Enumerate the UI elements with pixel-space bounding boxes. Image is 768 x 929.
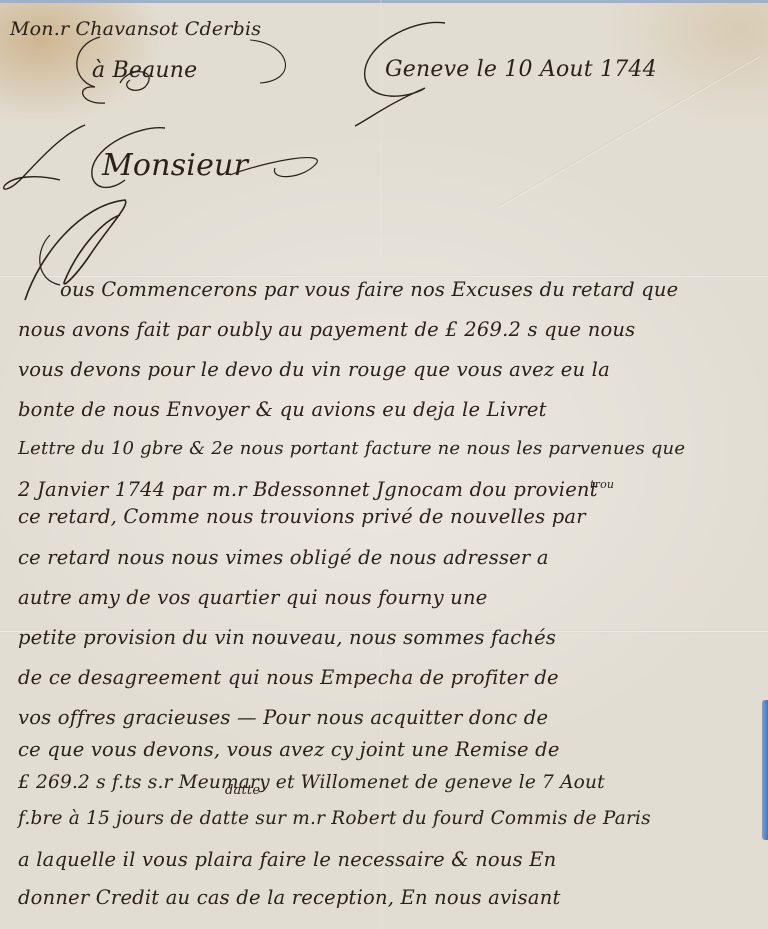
body-line-11: de ce desagreement qui nous Empecha de p… <box>18 666 559 689</box>
scan-top-edge <box>0 0 768 3</box>
body-line-5: Lettre du 10 gbre & 2e nous portant fact… <box>18 438 685 459</box>
body-line-15: f.bre à 15 jours de datte sur m.r Robert… <box>18 808 651 829</box>
body-line-3: vous devons pour le devo du vin rouge qu… <box>18 358 610 381</box>
salutation: Monsieur <box>102 148 248 183</box>
addressee-flourish <box>60 25 300 105</box>
bleed-through-text <box>560 95 565 115</box>
body-line-6: 2 Janvier 1744 par m.r Bdessonnet Jgnoca… <box>18 478 598 501</box>
body-line-17: donner Credit au cas de la reception, En… <box>18 886 561 909</box>
body-line-10: petite provision du vin nouveau, nous so… <box>18 626 556 649</box>
body-line-13: ce que vous devons, vous avez cy joint u… <box>18 738 560 761</box>
interlinear-insertion-trou: trou <box>590 478 614 491</box>
body-line-2: nous avons fait par oubly au payement de… <box>18 318 635 341</box>
scan-right-edge <box>762 700 768 840</box>
body-line-9: autre amy de vos quartier qui nous fourn… <box>18 586 488 609</box>
body-line-12: vos offres gracieuses — Pour nous acquit… <box>18 706 548 729</box>
body-line-1: ous Commencerons par vous faire nos Excu… <box>60 278 678 301</box>
place-date: Geneve le 10 Aout 1744 <box>385 57 657 82</box>
body-line-14: £ 269.2 s f.ts s.r Meumary et Willomenet… <box>18 772 605 793</box>
interlinear-insertion-datte: datte <box>225 783 260 798</box>
letter-page: Mon.r Chavansot Cderbis à Beaune Geneve … <box>0 0 768 929</box>
body-line-8: ce retard nous nous vimes obligé de nous… <box>18 546 549 569</box>
bleed-through-text <box>280 225 285 245</box>
body-line-4: bonte de nous Envoyer & qu avions eu dej… <box>18 398 547 421</box>
body-line-7: ce retard, Comme nous trouvions privé de… <box>18 505 586 528</box>
body-line-16: a laquelle il vous plaira faire le neces… <box>18 848 556 871</box>
